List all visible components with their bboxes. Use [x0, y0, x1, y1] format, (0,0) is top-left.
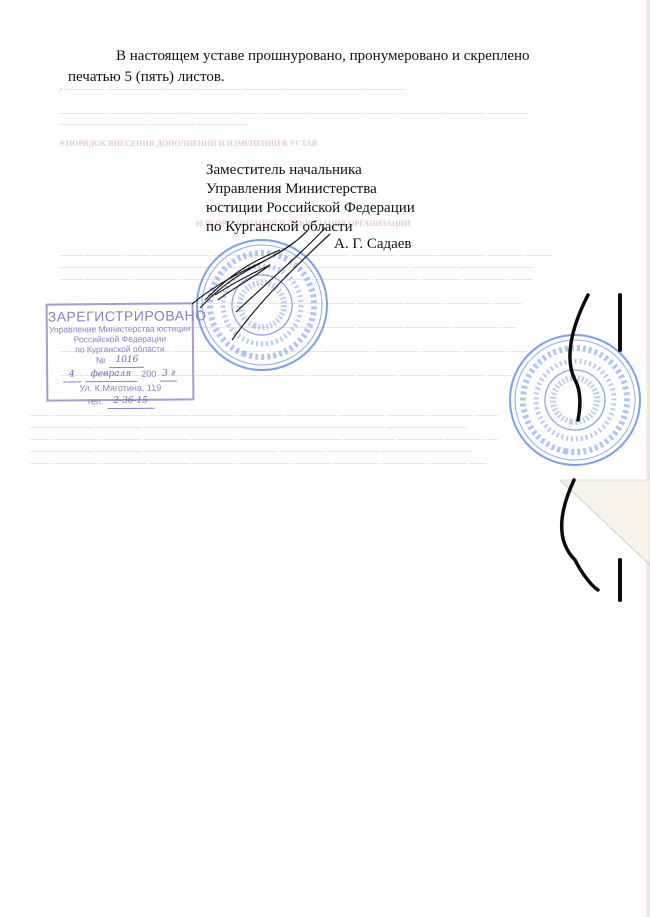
document-page: • ─────── ────────── ───── ──────── ────… [0, 0, 650, 917]
seals-and-ink-overlay [0, 0, 650, 917]
round-seal-right [500, 325, 650, 476]
paper-fold [560, 480, 650, 565]
